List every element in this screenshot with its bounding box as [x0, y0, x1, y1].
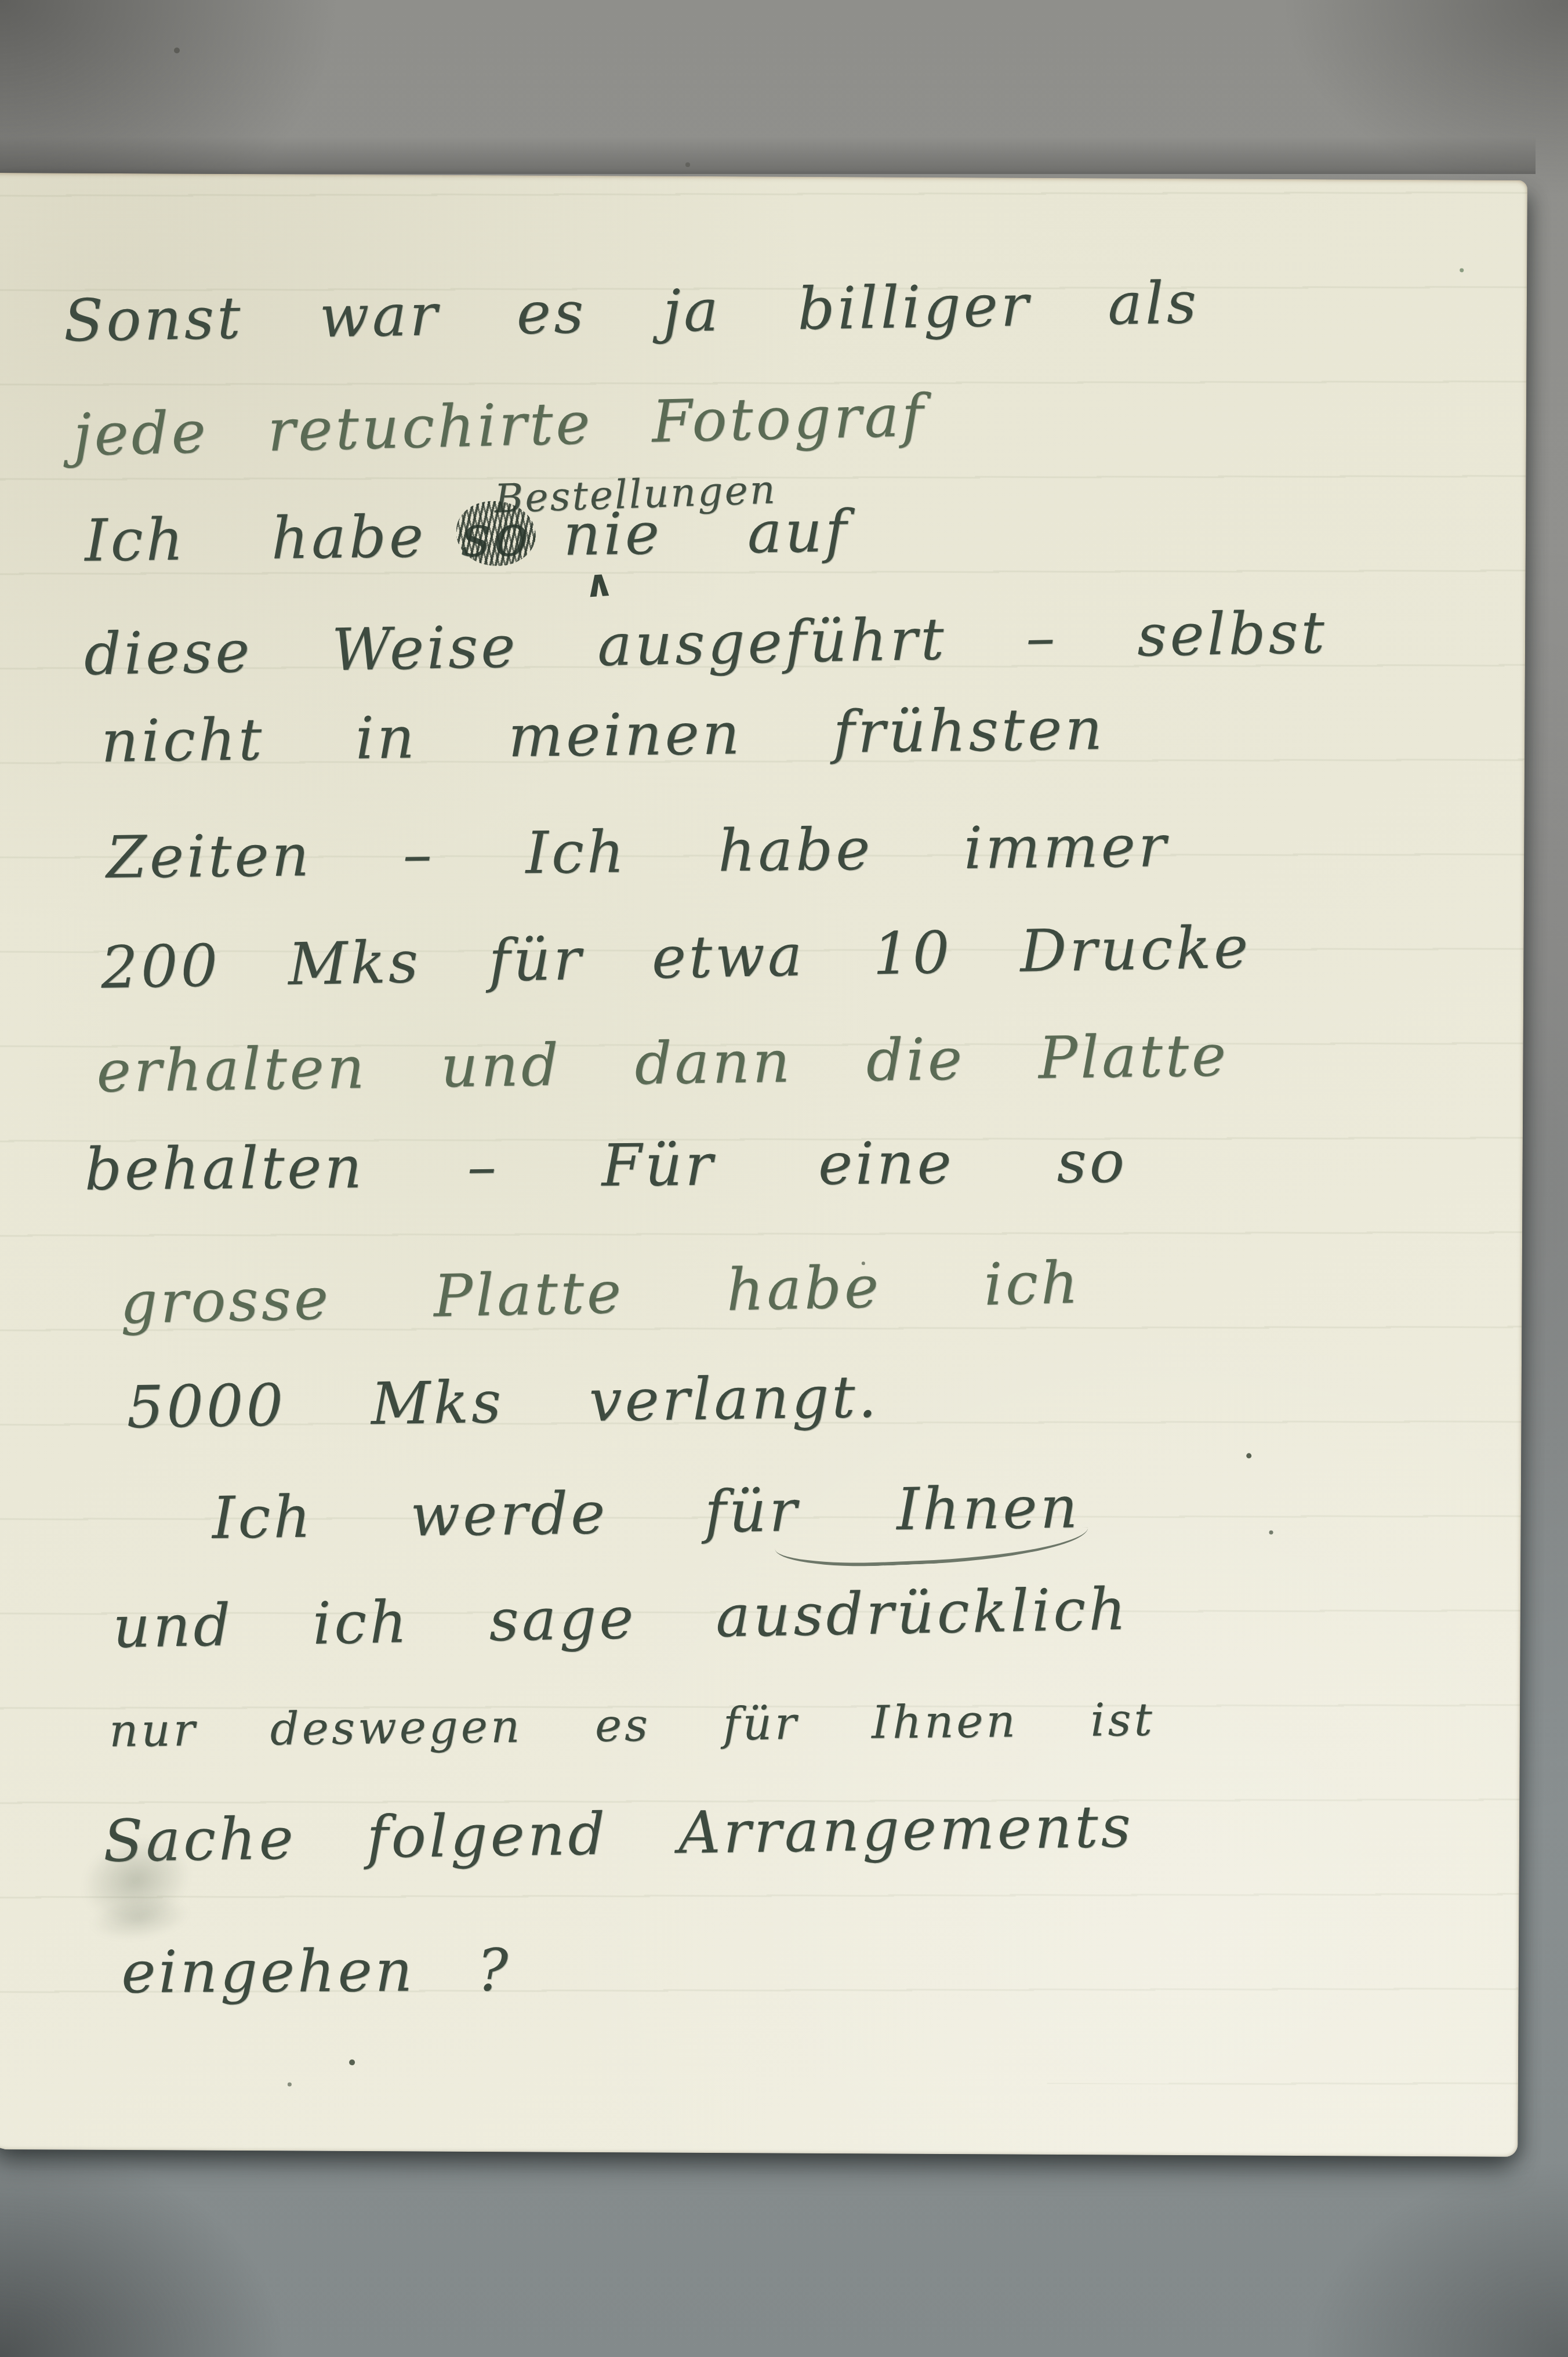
- letter-page: Sonst war es ja billiger als jede retuch…: [0, 173, 1527, 2157]
- handwriting-line-13: und ich sage ausdrücklich: [112, 1580, 1130, 1656]
- handwriting-line-12: Ich werde für Ihnen: [212, 1478, 1080, 1547]
- line3-before: Ich habe: [84, 502, 426, 574]
- line3-after: nie auf: [563, 497, 850, 568]
- ink-speck: [862, 1261, 865, 1265]
- handwriting-line-2: jede retuchirte Fotograf: [72, 387, 927, 465]
- handwriting-line-7: 200 Mks für etwa 10 Drucke: [100, 919, 1251, 997]
- ink-speck: [1269, 1531, 1273, 1535]
- photograph-of-letter: Sonst war es ja billiger als jede retuch…: [0, 0, 1568, 2357]
- handwriting-line-8: erhalten und dann die Platte: [96, 1027, 1229, 1101]
- handwriting-line-14: nur deswegen es für Ihnen ist: [109, 1698, 1155, 1754]
- dust-speck: [685, 162, 690, 167]
- handwriting-line-11: 5000 Mks verlangt.: [126, 1368, 880, 1437]
- dust-speck: [174, 48, 180, 53]
- underlined-word-ihnen: Ihnen: [896, 1478, 1080, 1539]
- ink-speck: [1246, 1453, 1251, 1459]
- mat-shadow: [0, 137, 1536, 174]
- handwriting-line-16: eingehen ?: [121, 1941, 511, 2001]
- handwriting-line-1: Sonst war es ja billiger als: [63, 274, 1200, 350]
- handwriting-line-5: nicht in meinen frühsten: [101, 700, 1106, 771]
- ink-speck: [288, 2083, 292, 2087]
- scribbled-out-word: so: [460, 506, 532, 565]
- ink-speck: [1460, 268, 1464, 272]
- line12-before: Ich werde für: [212, 1477, 800, 1552]
- handwriting-line-4: diese Weise ausgeführt – selbst: [84, 604, 1328, 684]
- insertion-caret: ∧: [583, 565, 615, 604]
- handwriting-line-6: Zeiten – Ich habe immer: [106, 817, 1169, 887]
- handwriting-line-10: grosse Platte habe ich: [119, 1254, 1081, 1332]
- handwriting-line-15: Sache folgend Arrangements: [103, 1798, 1134, 1870]
- handwriting-line-9: behalten – Für eine so: [85, 1133, 1128, 1199]
- ink-speck: [349, 2059, 355, 2065]
- handwriting-line-3: Ich habesonie auf: [84, 502, 850, 570]
